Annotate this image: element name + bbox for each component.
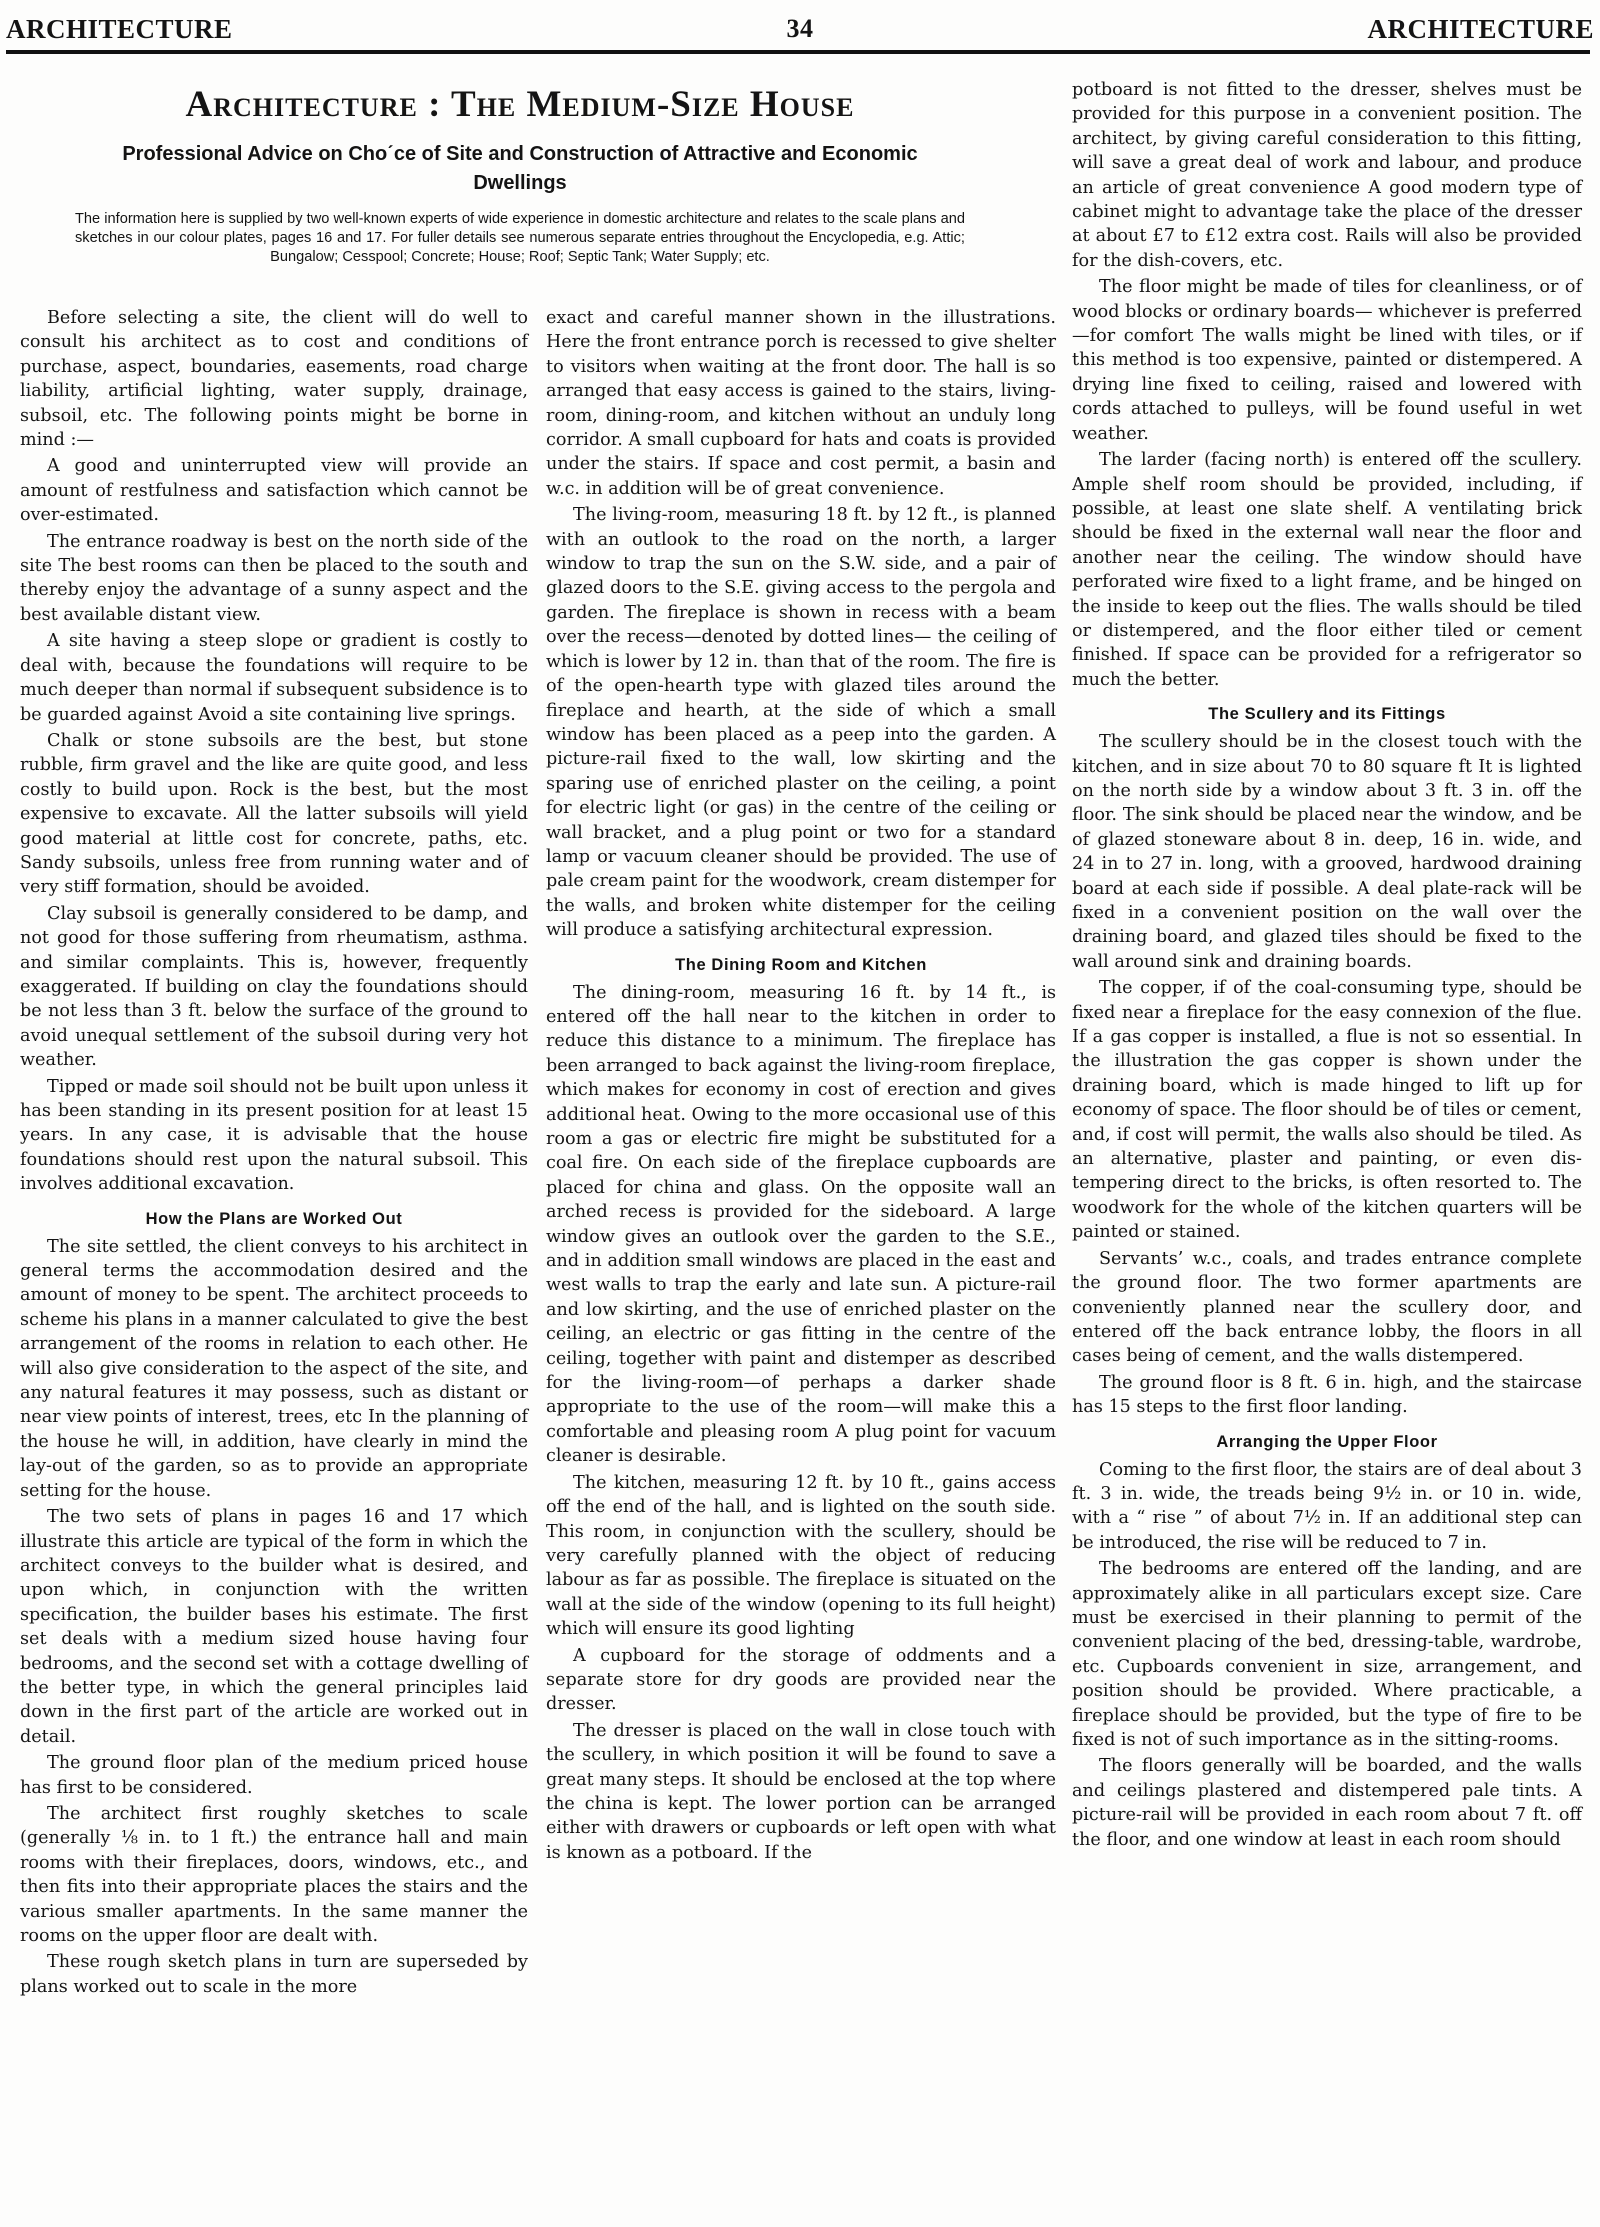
paragraph: exact and careful manner shown in the il…	[546, 306, 1056, 501]
paragraph: The kitchen, measuring 12 ft. by 10 ft.,…	[546, 1471, 1056, 1642]
section-heading-plans: How the Plans are Worked Out	[20, 1207, 528, 1231]
paragraph: Before selecting a site, the client will…	[20, 306, 528, 452]
paragraph: A good and uninterrupted view will provi…	[20, 454, 528, 527]
paragraph: Clay subsoil is generally considered to …	[20, 902, 528, 1073]
paragraph: The entrance roadway is best on the nort…	[20, 530, 528, 628]
text-column-3: potboard is not fitted to the dresser, s…	[1072, 78, 1582, 1854]
paragraph: The floor might be made of tiles for cle…	[1072, 275, 1582, 446]
paragraph: The ground floor is 8 ft. 6 in. high, an…	[1072, 1371, 1582, 1420]
article-title: Architecture : The Medium-Size House	[20, 80, 1020, 130]
page-number: 34	[6, 14, 1594, 44]
paragraph: Tipped or made soil should not be built …	[20, 1075, 528, 1197]
paragraph: The scullery should be in the closest to…	[1072, 730, 1582, 974]
article-intro: The information here is supplied by two …	[20, 210, 1020, 267]
text-column-2: exact and careful manner shown in the il…	[546, 306, 1056, 1867]
paragraph: The bedrooms are entered off the landing…	[1072, 1557, 1582, 1752]
paragraph: potboard is not fitted to the dresser, s…	[1072, 78, 1582, 273]
paragraph: The dining-room, measuring 16 ft. by 14 …	[546, 981, 1056, 1469]
article-subtitle: Professional Advice on Choˊce of Site an…	[20, 140, 1020, 198]
paragraph: A cupboard for the storage of oddments a…	[546, 1644, 1056, 1717]
paragraph: The ground floor plan of the medium pric…	[20, 1751, 528, 1800]
paragraph: The two sets of plans in pages 16 and 17…	[20, 1505, 528, 1749]
paragraph: The dresser is placed on the wall in clo…	[546, 1719, 1056, 1865]
section-heading-scullery: The Scullery and its Fittings	[1072, 702, 1582, 726]
paragraph: The copper, if of the coal-consuming typ…	[1072, 976, 1582, 1244]
paragraph: The floors generally will be boarded, an…	[1072, 1754, 1582, 1852]
header-rule	[6, 50, 1590, 54]
text-column-1: Before selecting a site, the client will…	[20, 306, 528, 2001]
article-title-block: Architecture : The Medium-Size House Pro…	[20, 80, 1020, 267]
running-head-right: ARCHITECTURE	[1367, 14, 1594, 45]
paragraph: Coming to the first floor, the stairs ar…	[1072, 1458, 1582, 1556]
paragraph: The living-room, measuring 18 ft. by 12 …	[546, 503, 1056, 942]
paragraph: The site settled, the client conveys to …	[20, 1235, 528, 1503]
paragraph: Servants’ w.c., coals, and trades entran…	[1072, 1247, 1582, 1369]
section-heading-dining-kitchen: The Dining Room and Kitchen	[546, 953, 1056, 977]
paragraph: Chalk or stone subsoils are the best, bu…	[20, 729, 528, 900]
running-head: ARCHITECTURE 34 ARCHITECTURE	[6, 10, 1594, 50]
paragraph: These rough sketch plans in turn are sup…	[20, 1950, 528, 1999]
paragraph: A site having a steep slope or gradient …	[20, 629, 528, 727]
paragraph: The larder (facing north) is entered off…	[1072, 448, 1582, 692]
section-heading-upper-floor: Arranging the Upper Floor	[1072, 1430, 1582, 1454]
paragraph: The architect first roughly sketches to …	[20, 1802, 528, 1948]
